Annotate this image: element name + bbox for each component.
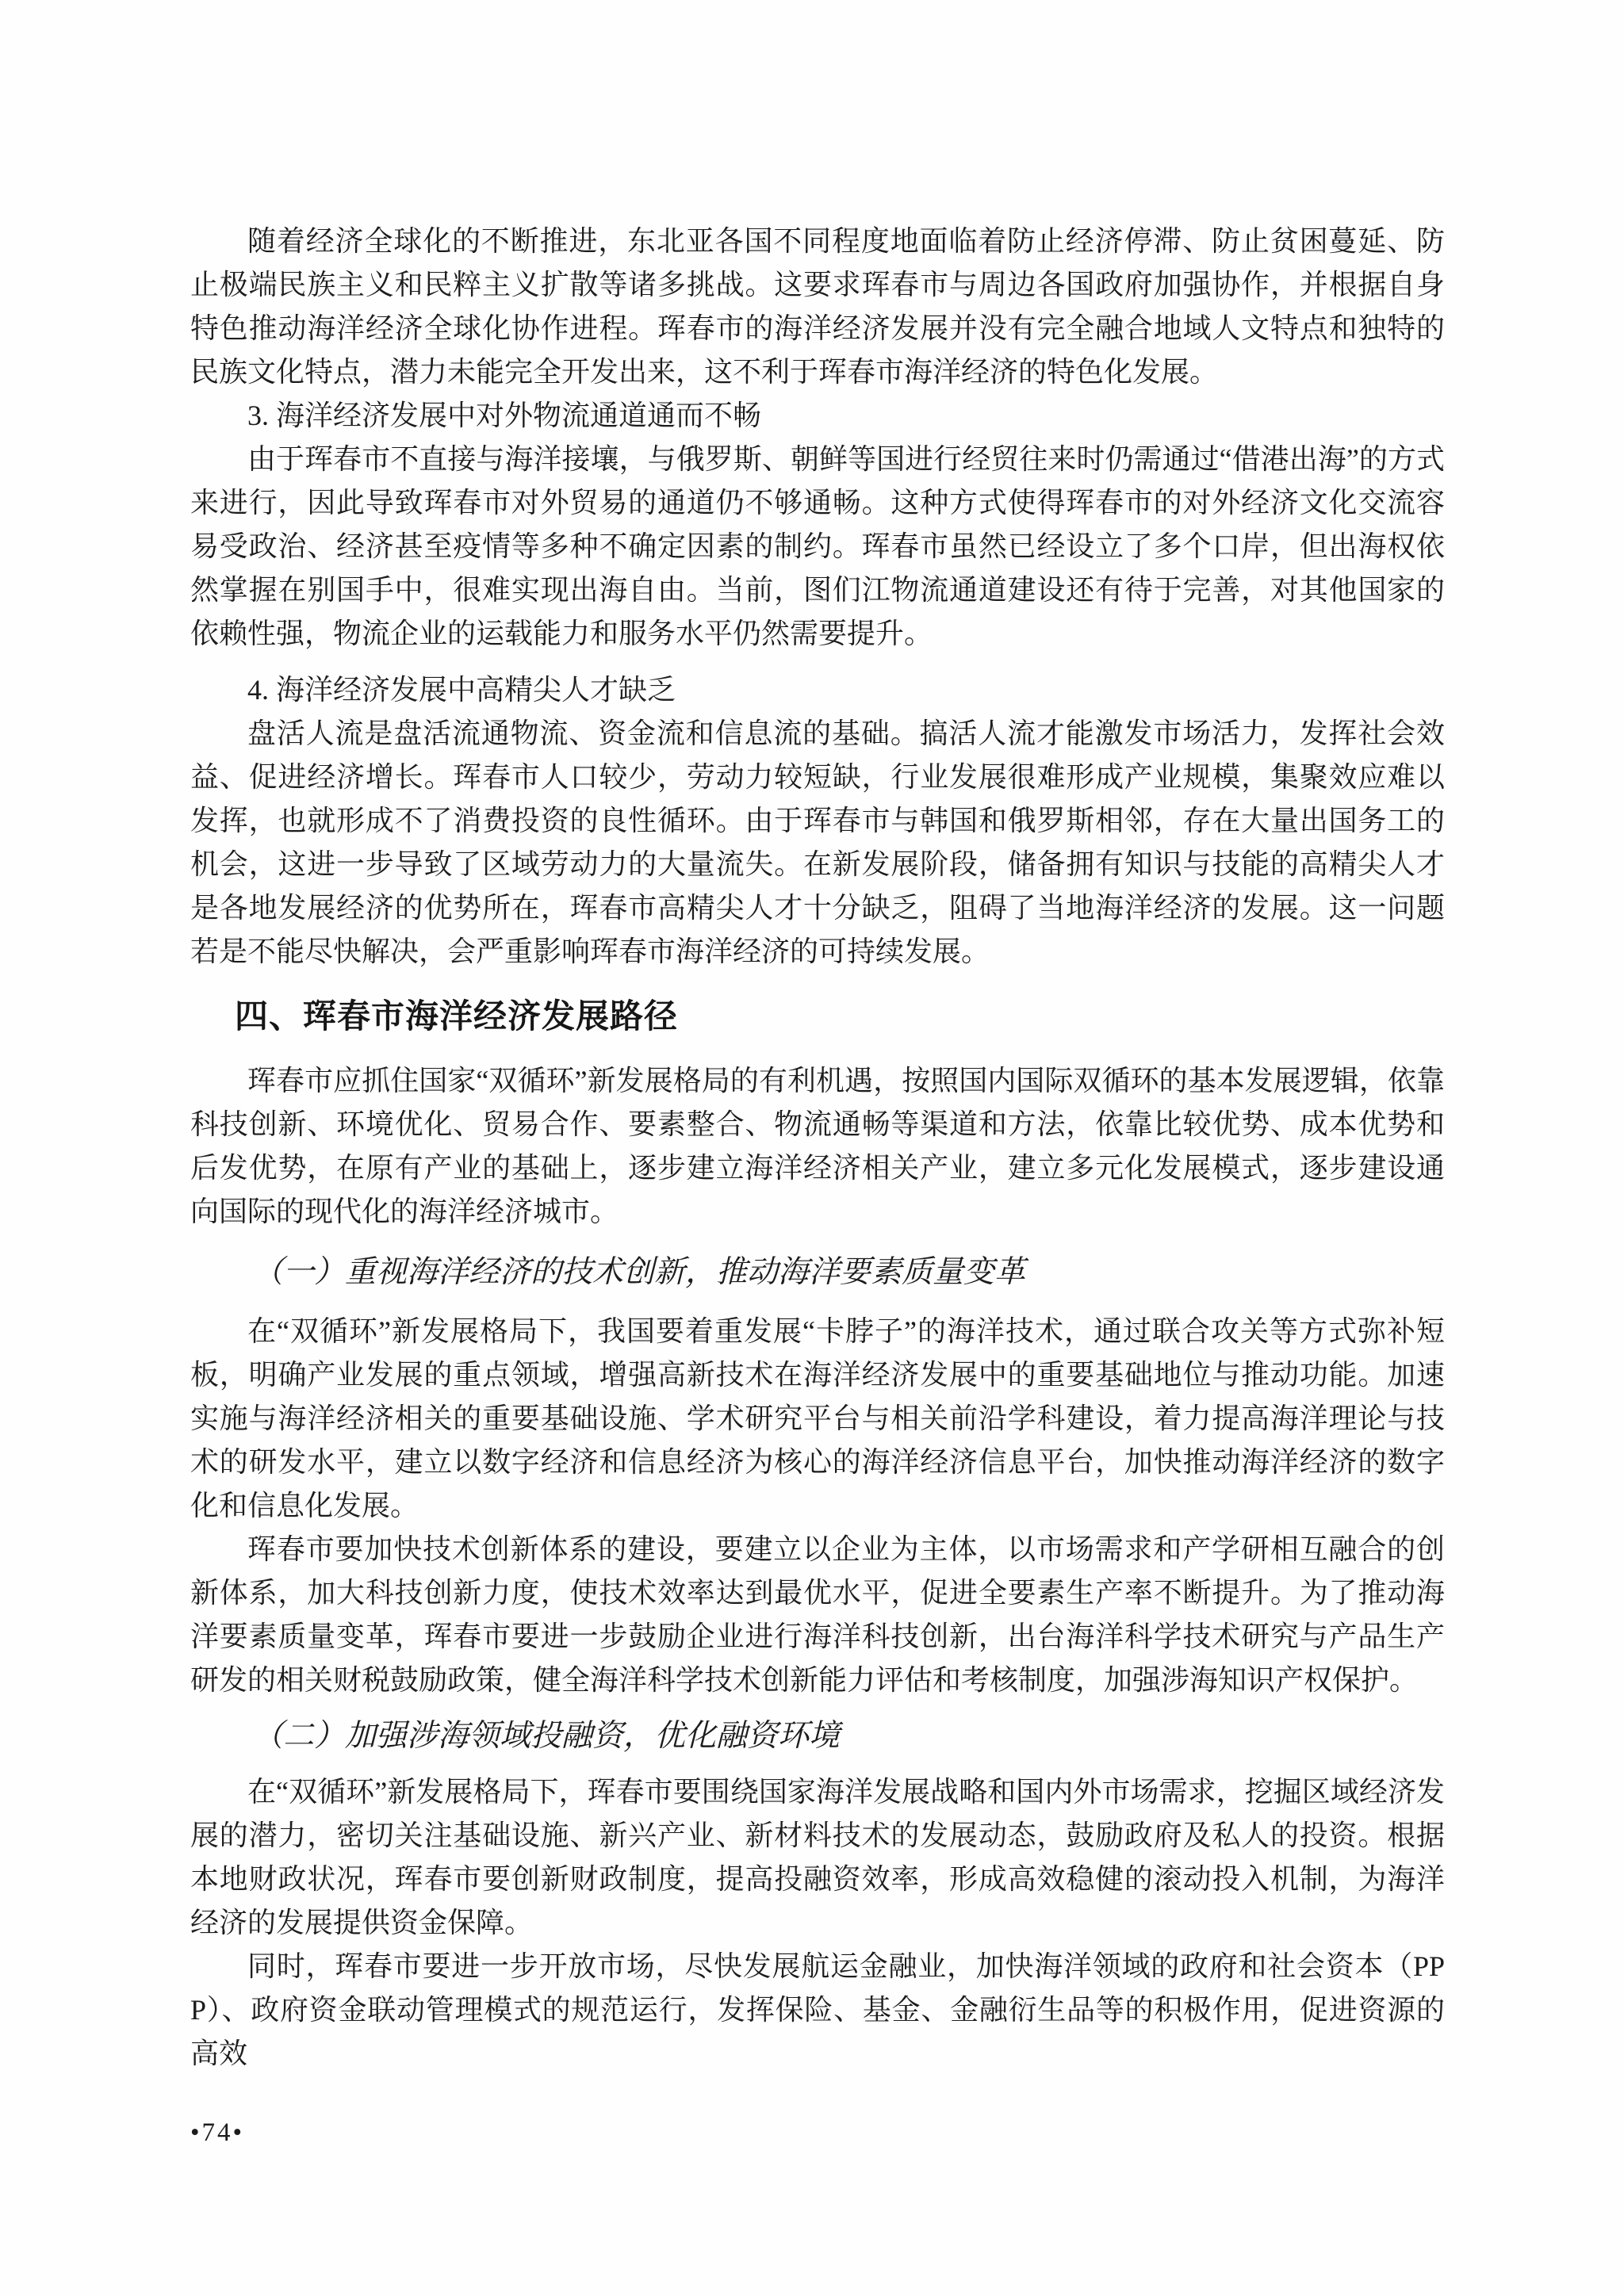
document-page: 随着经济全球化的不断推进，东北亚各国不同程度地面临着防止经济停滞、防止贫困蔓延、… (0, 0, 1624, 2296)
section-heading-4: 四、珲春市海洋经济发展路径 (190, 993, 1445, 1040)
body-paragraph: 同时，珲春市要进一步开放市场，尽快发展航运金融业，加快海洋领域的政府和社会资本（… (190, 1945, 1445, 2076)
body-paragraph: 在“双循环”新发展格局下，我国要着重发展“卡脖子”的海洋技术，通过联合攻关等方式… (190, 1310, 1445, 1528)
page-number: •74• (190, 2117, 244, 2149)
body-paragraph: 珲春市要加快技术创新体系的建设，要建立以企业为主体，以市场需求和产学研相互融合的… (190, 1528, 1445, 1702)
numbered-heading-3: 3. 海洋经济发展中对外物流通道通而不畅 (190, 394, 1445, 438)
body-paragraph: 在“双循环”新发展格局下，珲春市要围绕国家海洋发展战略和国内外市场需求，挖掘区域… (190, 1770, 1445, 1945)
body-paragraph: 随着经济全球化的不断推进，东北亚各国不同程度地面临着防止经济停滞、防止贫困蔓延、… (190, 220, 1445, 394)
text-column: 随着经济全球化的不断推进，东北亚各国不同程度地面临着防止经济停滞、防止贫困蔓延、… (190, 220, 1445, 2076)
subsection-heading-1: （一）重视海洋经济的技术创新，推动海洋要素质量变革 (190, 1249, 1445, 1295)
numbered-heading-4: 4. 海洋经济发展中高精尖人才缺乏 (190, 668, 1445, 712)
subsection-heading-2: （二）加强涉海领域投融资，优化融资环境 (190, 1713, 1445, 1759)
body-paragraph: 盘活人流是盘活流通物流、资金流和信息流的基础。搞活人流才能激发市场活力，发挥社会… (190, 712, 1445, 974)
body-paragraph: 由于珲春市不直接与海洋接壤，与俄罗斯、朝鲜等国进行经贸往来时仍需通过“借港出海”… (190, 438, 1445, 656)
body-paragraph: 珲春市应抓住国家“双循环”新发展格局的有利机遇，按照国内国际双循环的基本发展逻辑… (190, 1059, 1445, 1234)
